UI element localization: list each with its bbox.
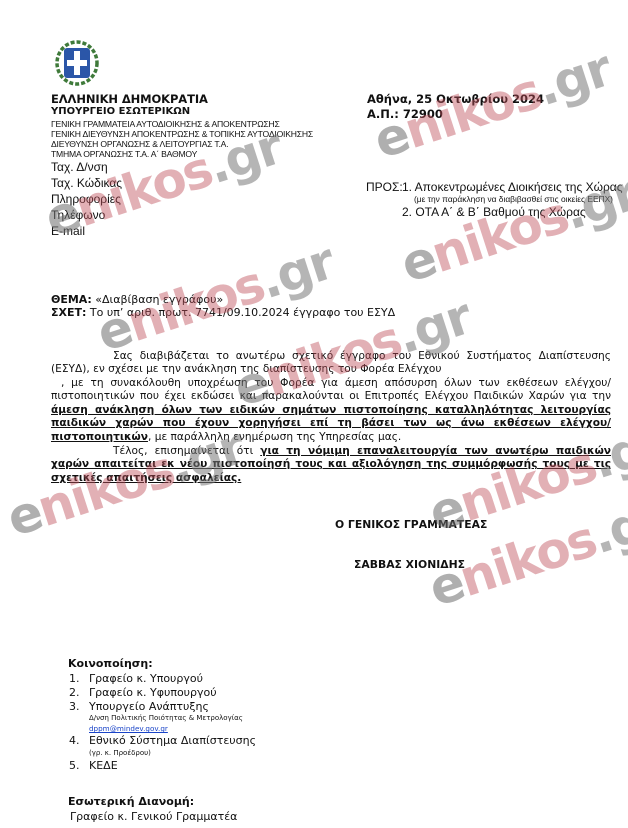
recipients-label: ΠΡΟΣ: xyxy=(366,180,403,194)
reference-label: ΣΧΕΤ: xyxy=(51,306,86,319)
email-link[interactable]: dppm@mindev.gov.gr xyxy=(89,724,168,733)
body-paragraph-3: Τέλος, επισημαίνεται ότι για τη νόμιμη ε… xyxy=(51,445,611,485)
notification-subtext: Δ/νση Πολιτικής Ποιότητας & Μετρολογίας xyxy=(89,714,243,722)
notification-item: 5.ΚΕΔΕ xyxy=(69,759,118,772)
notification-title: Κοινοποίηση: xyxy=(68,657,153,670)
paragraph-3-start: Τέλος, επισημαίνεται ότι xyxy=(113,445,260,457)
department-line: ΔΙΕΥΘΥΝΣΗ ΟΡΓΑΝΩΣΗΣ & ΛΕΙΤΟΥΡΓΙΑΣ Τ.Α. xyxy=(51,139,228,149)
recipient-note: (με την παράκληση να διαβιβασθεί στις οι… xyxy=(414,194,613,204)
reference-line: ΣΧΕΤ: Το υπ’ αριθ. πρωτ. 7741/09.10.2024… xyxy=(51,306,395,319)
paragraph-2-start: , με τη συνακόλουθη υποχρέωση του Φορέα … xyxy=(51,377,611,402)
internal-distribution-item: Γραφείο κ. Γενικού Γραμματέα xyxy=(70,810,237,823)
body-paragraph-2: , με τη συνακόλουθη υποχρέωση του Φορέα … xyxy=(51,377,611,444)
recipient-item: 2. ΟΤΑ Α΄ & Β΄ Βαθμού της Χώρας xyxy=(402,205,586,219)
ministry-title: ΥΠΟΥΡΓΕΙΟ ΕΣΩΤΕΡΙΚΩΝ xyxy=(51,106,190,117)
document-date: Αθήνα, 25 Οκτωβρίου 2024 xyxy=(367,92,544,106)
watermark: enikos.gr xyxy=(422,487,628,618)
signature-title: Ο ΓΕΝΙΚΟΣ ΓΡΑΜΜΑΤΕΑΣ xyxy=(335,518,487,531)
subject-text: «Διαβίβαση εγγράφου» xyxy=(95,293,223,306)
greek-coat-of-arms-icon xyxy=(54,38,100,86)
information-label: Πληροφορίες xyxy=(51,192,121,206)
republic-title: ΕΛΛΗΝΙΚΗ ΔΗΜΟΚΡΑΤΙΑ xyxy=(51,92,208,106)
body-paragraph-1: Σας διαβιβάζεται το ανωτέρω σχετικό έγγρ… xyxy=(51,350,611,377)
internal-distribution-title: Εσωτερική Διανομή: xyxy=(68,795,194,808)
department-line: ΤΜΗΜΑ ΟΡΓΑΝΩΣΗΣ Τ.Α. Α΄ ΒΑΘΜΟΥ xyxy=(51,149,197,159)
signature-name: ΣΑΒΒΑΣ ΧΙΟΝΙΔΗΣ xyxy=(354,558,465,571)
notification-item: 3.Υπουργείο Ανάπτυξης xyxy=(69,700,209,713)
notification-item: 1.Γραφείο κ. Υπουργού xyxy=(69,672,203,685)
notification-item: 2.Γραφείο κ. Υφυπουργού xyxy=(69,686,217,699)
subject-label: ΘΕΜΑ: xyxy=(51,293,92,306)
recipient-item: 1. Αποκεντρωμένες Διοικήσεις της Χώρας xyxy=(402,180,623,194)
notification-subtext: (γρ. κ. Προέδρου) xyxy=(89,749,151,757)
protocol-number: Α.Π.: 72900 xyxy=(367,107,443,121)
paragraph-2-end: , με παράλληλη ενημέρωση της Υπηρεσίας μ… xyxy=(148,431,401,443)
subject-line: ΘΕΜΑ: «Διαβίβαση εγγράφου» xyxy=(51,293,223,306)
reference-text: Το υπ’ αριθ. πρωτ. 7741/09.10.2024 έγγρα… xyxy=(90,306,395,319)
email-label: E-mail xyxy=(51,224,85,238)
postal-code-label: Ταχ. Κώδικας xyxy=(51,176,122,190)
notification-item: 4.Εθνικό Σύστημα Διαπίστευσης xyxy=(69,734,256,747)
address-label: Ταχ. Δ/νση xyxy=(51,160,108,174)
phone-label: Τηλέφωνο xyxy=(51,208,105,222)
department-line: ΓΕΝΙΚΗ ΔΙΕΥΘΥΝΣΗ ΑΠΟΚΕΝΤΡΩΣΗΣ & ΤΟΠΙΚΗΣ … xyxy=(51,129,313,139)
department-line: ΓΕΝΙΚΗ ΓΡΑΜΜΑΤΕΙΑ ΑΥΤΟΔΙΟΙΚΗΣΗΣ & ΑΠΟΚΕΝ… xyxy=(51,119,280,129)
